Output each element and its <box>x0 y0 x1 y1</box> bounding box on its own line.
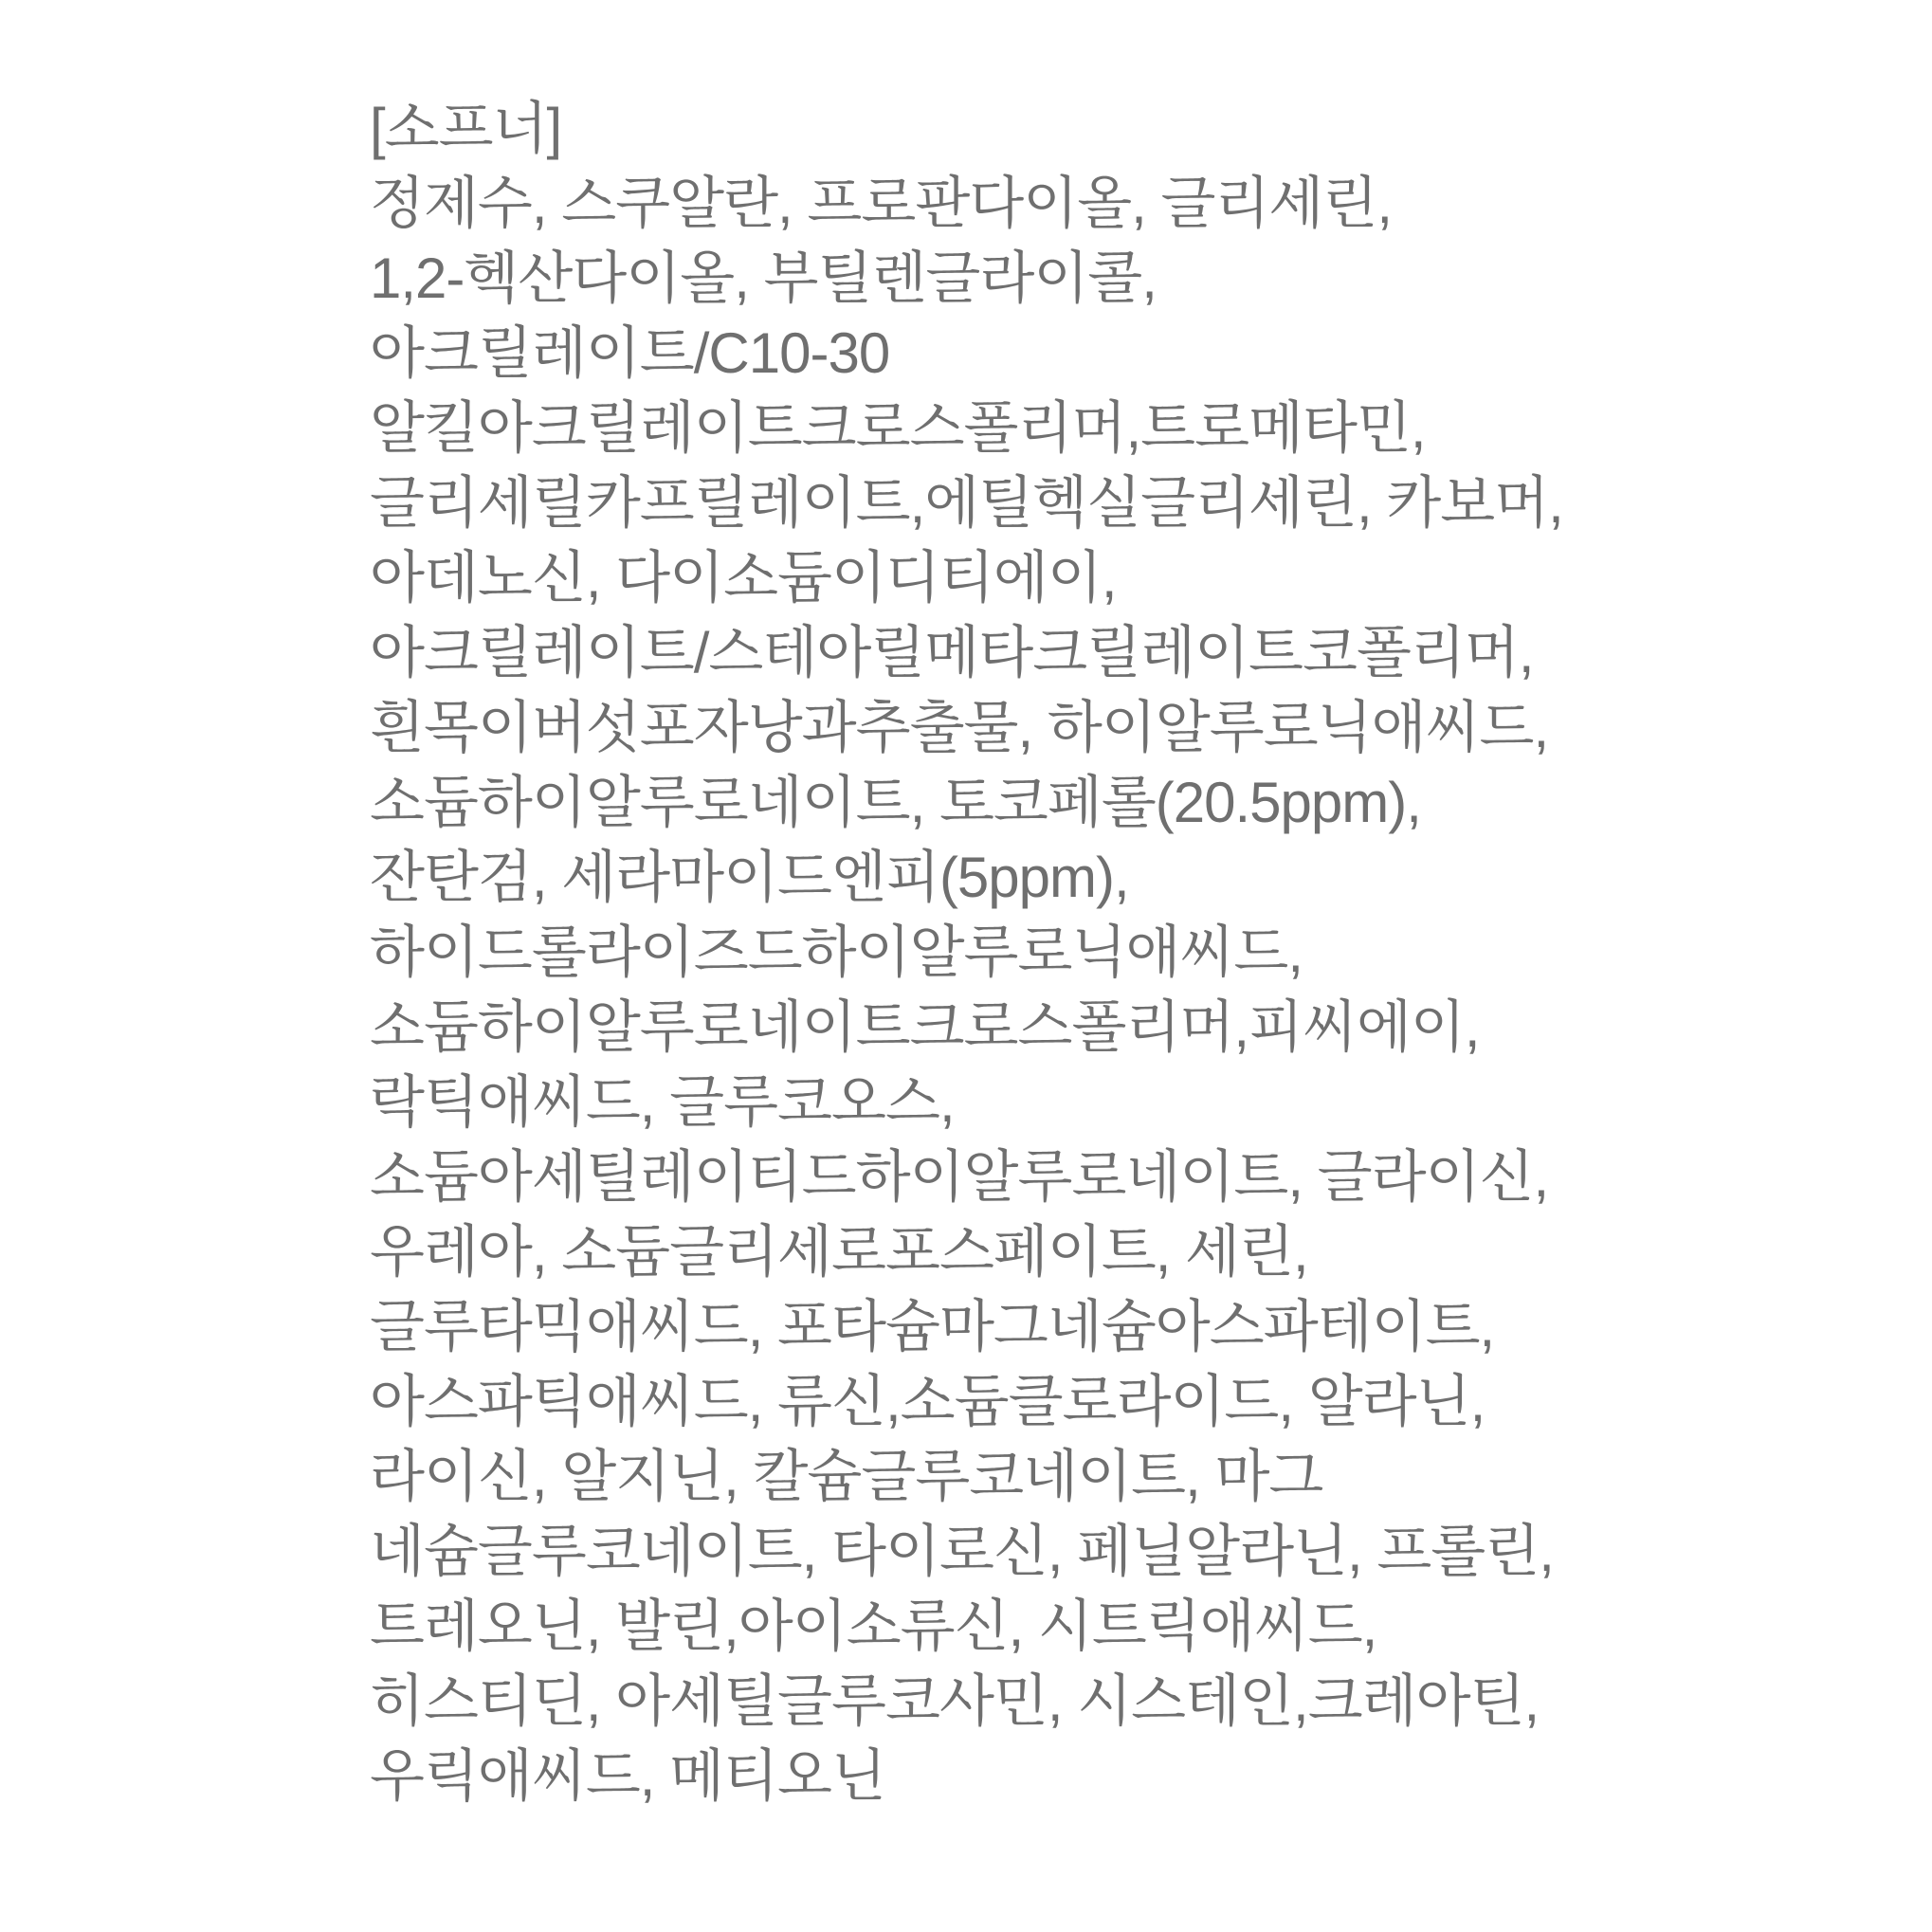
ingredient-line: 우레아, 소듐글리세로포스페이트, 세린, <box>370 1214 1716 1289</box>
ingredient-line: 글리세릴카프릴레이트,에틸헥실글리세린, 카보머, <box>370 465 1716 540</box>
ingredient-line: 소듐하이알루로네이트크로스폴리머,피씨에이, <box>370 990 1716 1065</box>
ingredient-line: 아크릴레이트/스테아릴메타크릴레이트코폴리머, <box>370 615 1716 690</box>
ingredient-line: 라이신, 알지닌, 칼슘글루코네이트, 마그 <box>370 1439 1716 1514</box>
ingredient-line: 정제수, 스쿠알란, 프로판다이올, 글리세린, <box>370 166 1716 241</box>
ingredient-list-title: [소프너] <box>370 91 1716 166</box>
ingredient-line: 락틱애씨드, 글루코오스, <box>370 1065 1716 1139</box>
ingredient-lines: 정제수, 스쿠알란, 프로판다이올, 글리세린,1,2-헥산다이올, 부틸렌글라… <box>370 166 1716 1814</box>
ingredient-line: 잔탄검, 세라마이드엔피(5ppm), <box>370 840 1716 915</box>
ingredient-line: 1,2-헥산다이올, 부틸렌글라이콜, <box>370 241 1716 316</box>
ingredient-line: 우릭애씨드, 메티오닌 <box>370 1739 1716 1814</box>
ingredient-line: 글루타믹애씨드, 포타슘마그네슘아스파테이트, <box>370 1289 1716 1364</box>
ingredient-line: 흰목이버섯포자낭과추출물, 하이알루로닉애씨드, <box>370 690 1716 765</box>
ingredient-line: 소듐하이알루로네이트, 토코페롤(20.5ppm), <box>370 765 1716 840</box>
ingredient-line: 히스티딘, 아세틸글루코사민, 시스테인,크레아틴, <box>370 1664 1716 1739</box>
ingredient-line: 네슘글루코네이트, 타이로신, 페닐알라닌, 프롤린, <box>370 1514 1716 1589</box>
ingredient-line: 알킬아크릴레이트크로스폴리머,트로메타민, <box>370 391 1716 465</box>
ingredient-line: 아스파틱애씨드, 류신,소듐클로라이드, 알라닌, <box>370 1364 1716 1439</box>
ingredient-line: 아데노신, 다이소듐이디티에이, <box>370 540 1716 615</box>
ingredient-line: 하이드롤라이즈드하이알루로닉애씨드, <box>370 915 1716 990</box>
ingredient-line: 소듐아세틸레이티드하이알루로네이트, 글라이신, <box>370 1139 1716 1214</box>
ingredient-line: 트레오닌, 발린,아이소류신, 시트릭애씨드, <box>370 1589 1716 1664</box>
ingredient-line: 아크릴레이트/C10-30 <box>370 316 1716 391</box>
ingredient-list-panel: [소프너] 정제수, 스쿠알란, 프로판다이올, 글리세린,1,2-헥산다이올,… <box>370 91 1716 1814</box>
